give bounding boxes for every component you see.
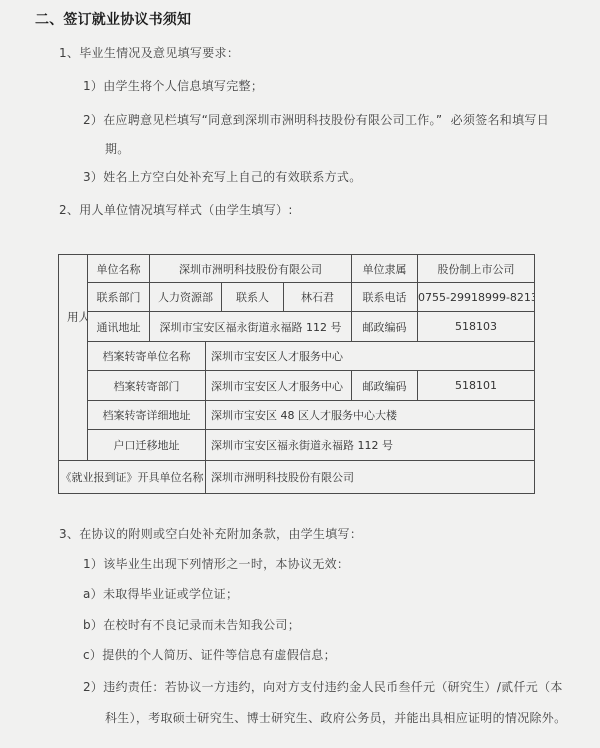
contact-person-value: 林石君 (284, 283, 352, 312)
mail-address-value: 深圳市宝安区福永街道永福路 112 号 (150, 312, 352, 342)
archive-postcode-value: 518101 (418, 371, 535, 401)
page-title: 二、签订就业协议书须知 (35, 13, 191, 28)
table-row: 通讯地址 深圳市宝安区福永街道永福路 112 号 邮政编码 518103 (59, 312, 535, 342)
table-row: 联系部门 人力资源部 联系人 林石君 联系电话 0755-29918999-82… (59, 283, 535, 312)
hukou-address-value: 深圳市宝安区福永街道永福路 112 号 (206, 430, 535, 461)
section1-item2-line1: 2）在应聘意见栏填写“同意到深圳市洲明科技股份有限公司工作。” 必须签名和填写日 (83, 113, 549, 128)
section3-item1c: c）提供的个人简历、证件等信息有虚假信息； (83, 648, 336, 663)
section3-item2-line2: 科生），考取硕士研究生、博士研究生、政府公务员，并能出具相应证明的情况除外。 (105, 711, 566, 726)
table-row: 用人单位情况 单位名称 深圳市洲明科技股份有限公司 单位隶属 股份制上市公司 (59, 255, 535, 283)
section3-item1a: a）未取得毕业证或学位证； (83, 587, 238, 602)
unit-name-value: 深圳市洲明科技股份有限公司 (150, 255, 352, 283)
unit-name-label: 单位名称 (88, 255, 150, 283)
postcode-value: 518103 (418, 312, 535, 342)
section1-item1: 1）由学生将个人信息填写完整； (83, 79, 263, 94)
postcode-label: 邮政编码 (352, 312, 418, 342)
contact-person-label: 联系人 (222, 283, 284, 312)
contact-phone-value: 0755-29918999-8213 (418, 283, 535, 312)
section1-item2-line2: 期。 (105, 142, 130, 157)
table-row: 档案转寄详细地址 深圳市宝安区 48 区人才服务中心大楼 (59, 401, 535, 430)
archive-dept-value: 深圳市宝安区人才服务中心 (206, 371, 352, 401)
section1-heading: 1、毕业生情况及意见填写要求： (59, 46, 239, 61)
archive-detail-address-label: 档案转寄详细地址 (88, 401, 206, 430)
table-row: 户口迁移地址 深圳市宝安区福永街道永福路 112 号 (59, 430, 535, 461)
hukou-address-label: 户口迁移地址 (88, 430, 206, 461)
archive-postcode-label: 邮政编码 (352, 371, 418, 401)
section3-heading: 3、在协议的附则或空白处补充附加条款，由学生填写： (59, 527, 362, 542)
section3-item1b: b）在校时有不良记录而未告知我公司； (83, 618, 300, 633)
registration-card-unit-value: 深圳市洲明科技股份有限公司 (206, 461, 535, 494)
contact-dept-value: 人力资源部 (150, 283, 222, 312)
section3-item2-line1: 2）违约责任：若协议一方违约，向对方支付违约金人民币叁仟元（研究生）/贰仟元（本 (83, 680, 563, 695)
section2-heading: 2、用人单位情况填写样式（由学生填写）: (59, 203, 293, 218)
section1-item3: 3）姓名上方空白处补充写上自己的有效联系方式。 (83, 170, 362, 185)
unit-affiliation-value: 股份制上市公司 (418, 255, 535, 283)
registration-card-unit-label: 《就业报到证》开具单位名称 (59, 461, 206, 494)
table-row: 档案转寄单位名称 深圳市宝安区人才服务中心 (59, 342, 535, 371)
table-row: 档案转寄部门 深圳市宝安区人才服务中心 邮政编码 518101 (59, 371, 535, 401)
contact-phone-label: 联系电话 (352, 283, 418, 312)
table-row: 《就业报到证》开具单位名称 深圳市洲明科技股份有限公司 (59, 461, 535, 494)
employer-info-table: 用人单位情况 单位名称 深圳市洲明科技股份有限公司 单位隶属 股份制上市公司 联… (58, 254, 535, 494)
section3-item1: 1）该毕业生出现下列情形之一时，本协议无效： (83, 557, 349, 572)
table-side-cell: 用人单位情况 (59, 255, 88, 461)
archive-unit-value: 深圳市宝安区人才服务中心 (206, 342, 535, 371)
contact-dept-label: 联系部门 (88, 283, 150, 312)
archive-detail-address-value: 深圳市宝安区 48 区人才服务中心大楼 (206, 401, 535, 430)
unit-affiliation-label: 单位隶属 (352, 255, 418, 283)
archive-dept-label: 档案转寄部门 (88, 371, 206, 401)
table-side-label: 用人单位情况 (67, 307, 79, 329)
mail-address-label: 通讯地址 (88, 312, 150, 342)
archive-unit-label: 档案转寄单位名称 (88, 342, 206, 371)
